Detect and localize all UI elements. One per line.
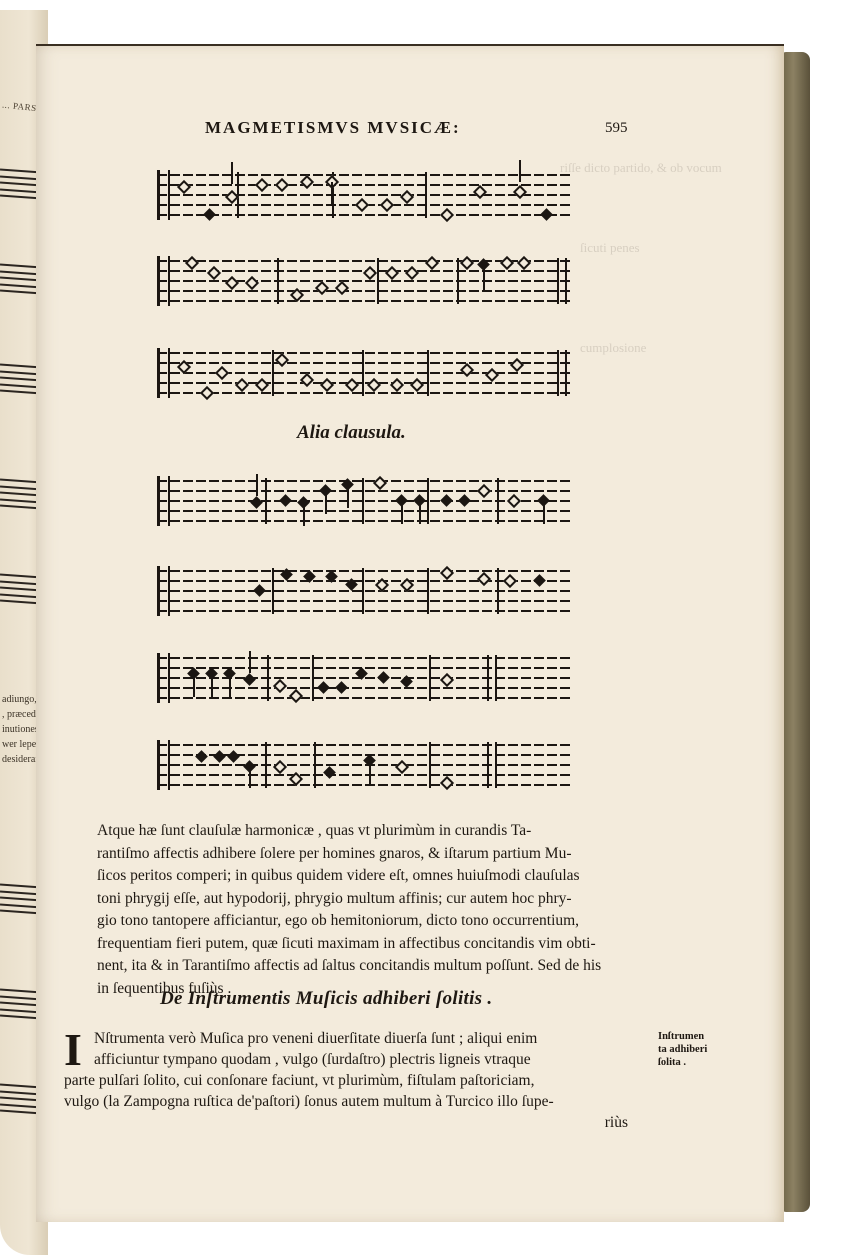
- catchword: riùs: [64, 1112, 646, 1133]
- music-staff: [157, 742, 570, 788]
- body-paragraph: Atque hæ ſunt clauſulæ harmonicæ , quas …: [97, 820, 649, 1000]
- section-heading: De Inſtrumentis Muſicis adhiberi ſolitis…: [160, 988, 492, 1010]
- show-through-text: ſicuti penes: [580, 240, 640, 256]
- music-staff: [157, 258, 570, 304]
- music-staff: [157, 172, 570, 218]
- music-staff: [157, 655, 570, 701]
- music-staff: [157, 350, 570, 396]
- clef-icon: [157, 256, 170, 306]
- section-body: I Nſtrumenta verò Muſica pro veneni diue…: [64, 1028, 646, 1133]
- page-number: 595: [605, 120, 628, 137]
- drop-cap: I: [64, 1030, 82, 1070]
- music-subtitle: Alia clausula.: [297, 422, 406, 444]
- clef-icon: [157, 170, 170, 220]
- music-staff: [157, 568, 570, 614]
- show-through-text: riſſe dicto partido, & ob vocum: [560, 160, 722, 176]
- show-through-text: cumplosione: [580, 340, 646, 356]
- book-spine: [782, 52, 810, 1212]
- clef-icon: [157, 653, 170, 703]
- marginal-note: Inſtrumen ta adhiberi ſolita .: [658, 1030, 707, 1069]
- clef-icon: [157, 348, 170, 398]
- clef-icon: [157, 566, 170, 616]
- music-staff: [157, 478, 570, 524]
- clef-icon: [157, 476, 170, 526]
- running-head: MAGMETISMVS MVSICÆ:: [205, 118, 461, 138]
- clef-icon: [157, 740, 170, 790]
